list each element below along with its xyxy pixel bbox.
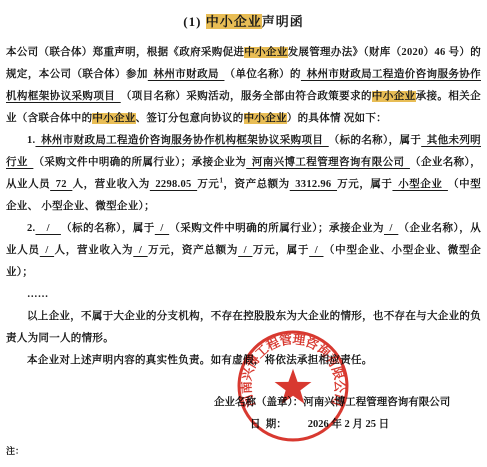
footnote-label: 注： [6, 444, 481, 457]
closing-paragraph-2: 本企业对上述声明内容的真实性负责。如有虚假，将依法承担相应责任。 [6, 350, 481, 372]
intro-paragraph: 本公司（联合体）郑重声明，根据《政府采购促进中小企业发展管理办法》（财库（202… [6, 42, 481, 130]
date-line: 日 期： 2026 年 2 月 25 日 [6, 414, 481, 436]
item-2-paragraph: 2. / （标的名称），属于 / （采购文件中明确的所属行业）；承接企业为 / … [6, 218, 481, 284]
ellipsis-line: …… [6, 284, 481, 306]
closing-paragraph-1: 以上企业，不属于大企业的分支机构，不存在控股股东为大企业的情形，也不存在与大企业… [6, 306, 481, 350]
document-title: (1) 中小企业声明函 [6, 11, 481, 30]
item-1-paragraph: 1. 林州市财政局工程造价咨询服务协作机构框架协议采购项目 （标的名称），属于 … [6, 130, 481, 218]
declaration-document-page: (1) 中小企业声明函 本公司（联合体）郑重声明，根据《政府采购促进中小企业发展… [0, 0, 487, 467]
company-signature-line: 企业名称（盖章）：河南兴博工程管理咨询有限公司 [6, 392, 481, 414]
